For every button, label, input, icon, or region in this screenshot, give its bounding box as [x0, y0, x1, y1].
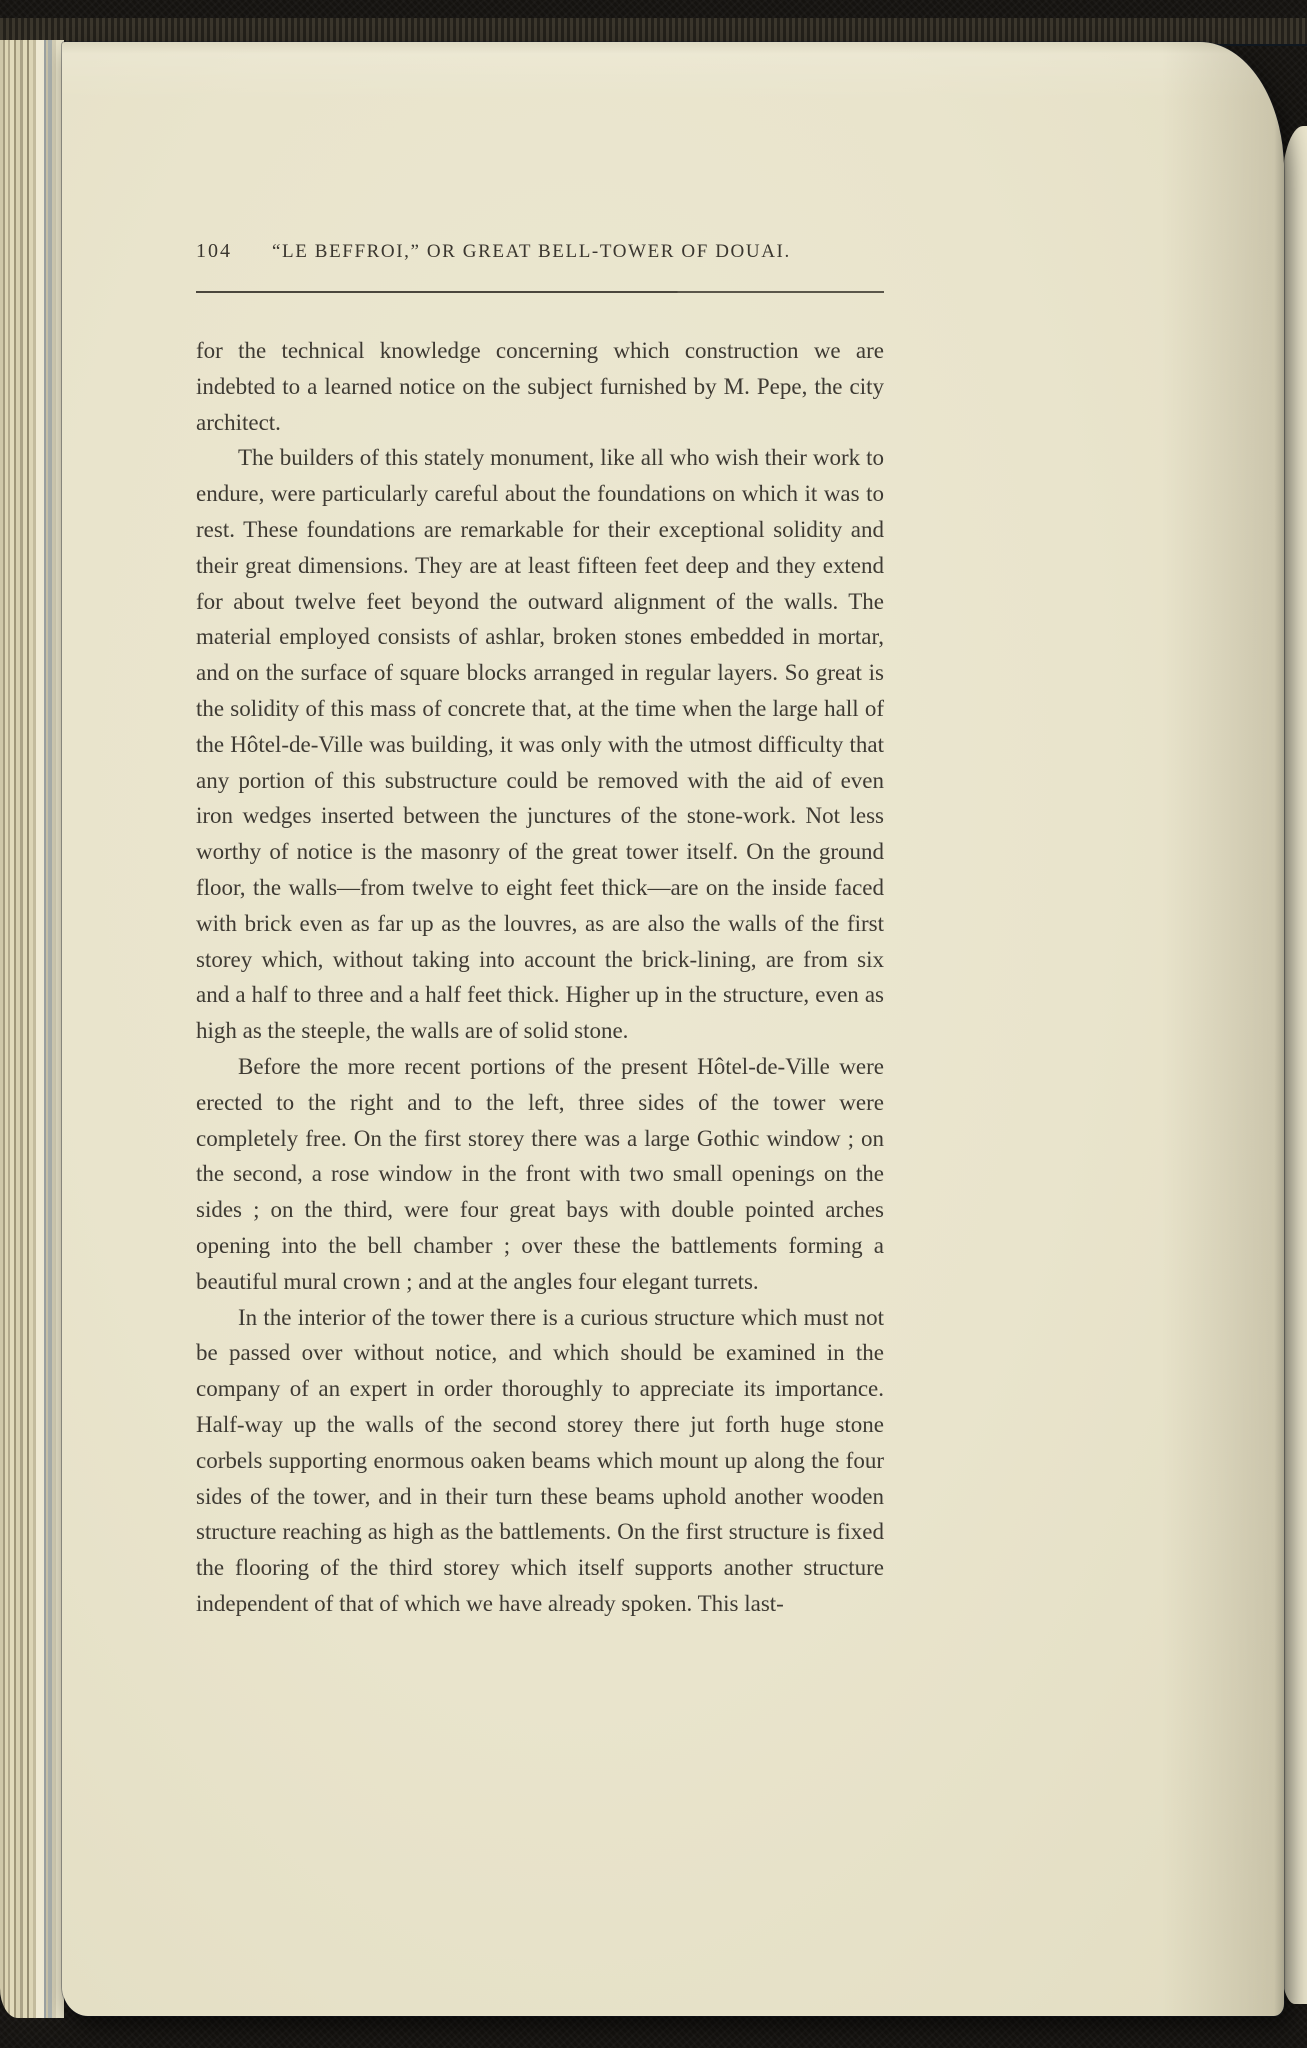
paragraph: for the technical knowledge concerning w…	[196, 333, 884, 440]
paragraph: The builders of this stately monument, l…	[196, 440, 884, 1049]
book-scan: 104 “LE BEFFROI,” OR GREAT BELL-TOWER OF…	[0, 0, 1307, 2048]
header-rule	[196, 291, 884, 293]
page-number: 104	[196, 238, 272, 264]
running-header: 104 “LE BEFFROI,” OR GREAT BELL-TOWER OF…	[196, 238, 884, 265]
paragraph: In the interior of the tower there is a …	[196, 1300, 884, 1622]
body-text: for the technical knowledge concerning w…	[196, 333, 884, 1622]
page-edge-stack	[0, 40, 64, 2018]
book-page: 104 “LE BEFFROI,” OR GREAT BELL-TOWER OF…	[62, 42, 1284, 2016]
paragraph: Before the more recent portions of the p…	[196, 1049, 884, 1300]
page-content: 104 “LE BEFFROI,” OR GREAT BELL-TOWER OF…	[196, 238, 884, 1622]
adjacent-page-edge	[1281, 126, 1307, 2004]
running-title: “LE BEFFROI,” OR GREAT BELL-TOWER OF DOU…	[272, 239, 791, 265]
